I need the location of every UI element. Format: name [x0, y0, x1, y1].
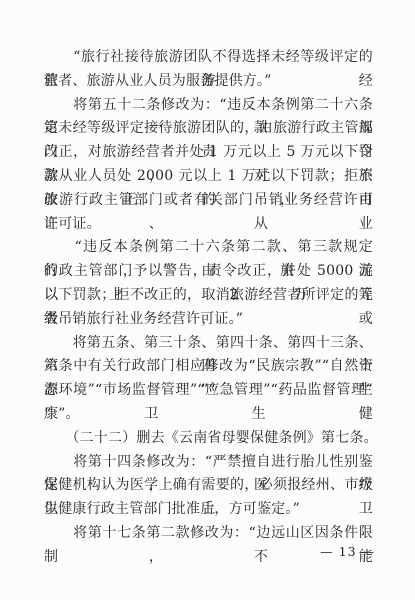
document-line: 游从业人员处 2000 元以上 1 万元以下罚款；拒不改正的，由: [44, 165, 373, 189]
document-line: 将第五十二条修改为：“违反本条例第二十六条第一款规: [44, 94, 373, 118]
document-line: “旅行社接待旅游团队不得选择未经等级评定的旅游经: [44, 46, 373, 70]
document-line: 改正，对旅游经营者并处 1 万元以上 5 万元以下罚款，对旅: [44, 141, 373, 165]
document-page: “旅行社接待旅游团队不得选择未经等级评定的旅游经营者、旅游从业人员为服务提供方。…: [0, 0, 415, 600]
document-line: 态环境”“市场监督管理”“应急管理”“药品监督管理”“卫生健: [44, 379, 373, 403]
document-line: 将第十七条第二款修改为：“边远山区因条件限制，不能: [44, 522, 373, 546]
document-line: 旅游行政主管部门或者有关部门吊销业务经营许可证、从业: [44, 189, 373, 213]
document-line: 定未经等级评定接待旅游团队的，由旅游行政主管部门责令: [44, 117, 373, 141]
document-line: 将第五条、第三十条、第四十条、第四十三条、第四十: [44, 332, 373, 356]
page-body: “旅行社接待旅游团队不得选择未经等级评定的旅游经营者、旅游从业人员为服务提供方。…: [44, 46, 373, 546]
document-line: 将第十四条修改为：“严禁擅自进行胎儿性别鉴定，医疗: [44, 451, 373, 475]
document-line: 六条中有关行政部门相应修改为“民族宗教”“自然资源”“生: [44, 355, 373, 379]
document-line: （二十二）删去《云南省母婴保健条例》第七条。: [44, 427, 373, 451]
document-line: “违反本条例第二十六条第二款、第三款规定的，由旅游: [44, 236, 373, 260]
document-line: 以下罚款；拒不改正的，取消旅游经营者所评定的等级，或: [44, 284, 373, 308]
document-line: 保健机构认为医学上确有需要的，必须报经州、市级以上卫: [44, 474, 373, 498]
page-number: — 13 —: [320, 544, 375, 559]
document-line: 行政主管部门予以警告，责令改正，并处 5000 元以上 2 万元: [44, 260, 373, 284]
